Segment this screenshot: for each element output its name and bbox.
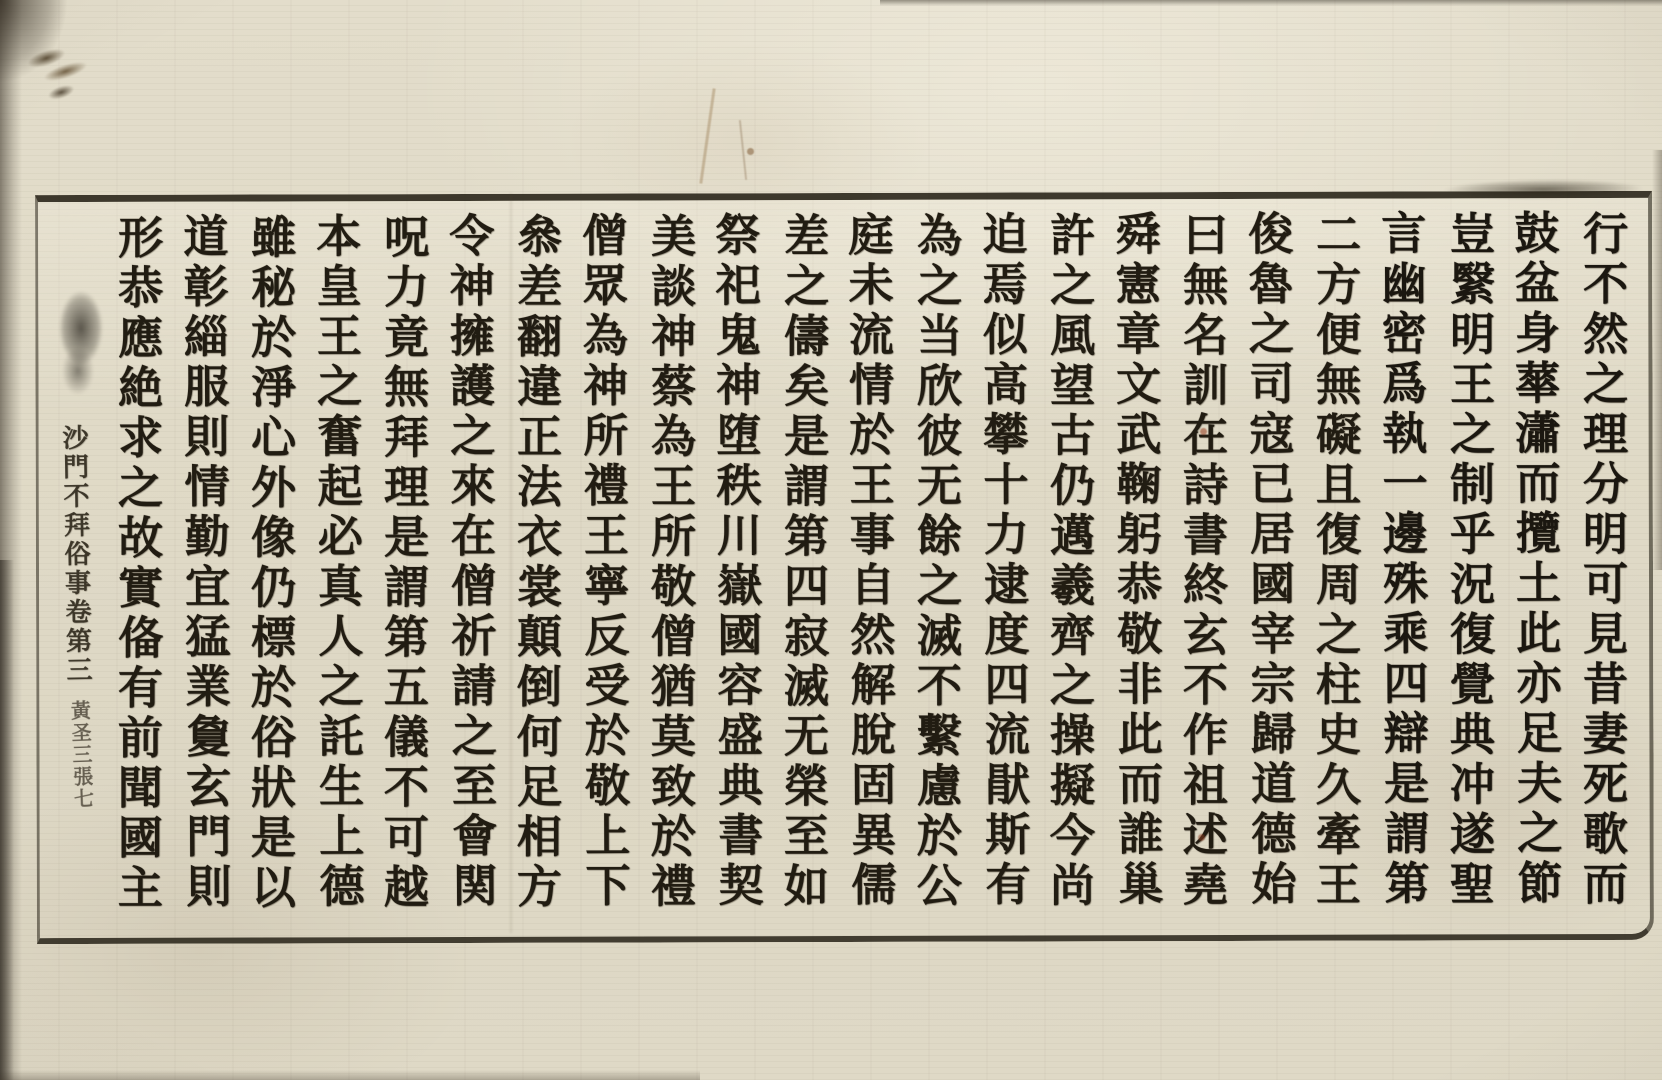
text-column-23: 形恭應絶求之故實俻有前聞國主: [113, 214, 158, 929]
text-columns: 行不然之理分明可見昔妻死歌而 鼓盆身蕐瀟而攬土此亦足夫之節 豈繄明王之制乎況復覺…: [38, 198, 1650, 938]
paper-fiber: [739, 120, 747, 180]
text-column-16: 僧眾為神所禮王寧反受於敬上下: [577, 212, 626, 927]
text-column-17: 叅差翻違正法衣裳顛倒何足相方: [512, 213, 557, 928]
text-column-12: 庭未流情於王事自然解脫固異儒: [844, 211, 893, 926]
text-column-7: 曰無名訓在詩書終玄不作祖述堯: [1178, 211, 1223, 926]
text-column-11: 為之当欣彼无餘之滅不繫慮於公: [912, 212, 957, 927]
text-column-2: 鼓盆身蕐瀟而攬土此亦足夫之節: [1509, 209, 1558, 924]
text-column-3: 豈繄明王之制乎況復覺典冲遂聖: [1444, 210, 1489, 925]
text-column-13: 差之儔矣是謂第四寂滅无榮至如: [779, 212, 824, 927]
text-column-6: 俊魯之司寇已居國宰宗歸道德始: [1243, 210, 1292, 925]
top-left-corner-stain: [0, 0, 110, 140]
rust-speck: [747, 148, 754, 155]
text-column-15: 美談神蔡為王所敬僧猶莫致於禮: [645, 212, 690, 927]
text-column-14: 祭祀鬼神堕秩川嶽國容盛典書契: [710, 211, 759, 926]
text-column-8: 舜憲章文武鞠躬恭敬非此而誰巢: [1110, 210, 1159, 925]
paper-fiber: [699, 88, 715, 183]
right-edge-shadow: [1652, 150, 1662, 570]
left-edge-dark-strip: [0, 560, 14, 1080]
left-edge-shadow: [0, 0, 22, 1080]
top-edge-shadow: [880, 0, 1662, 6]
colophon-title: 沙門不拜俗事卷第三: [60, 424, 91, 685]
sheet-number-mark: 黃圣三張七: [68, 700, 92, 811]
manuscript-page: 行不然之理分明可見昔妻死歌而 鼓盆身蕐瀟而攬土此亦足夫之節 豈繄明王之制乎況復覺…: [0, 0, 1662, 1080]
text-column-1: 行不然之理分明可見昔妻死歌而: [1578, 210, 1623, 925]
text-column-22: 道彰緇服則情勤宜猛業敻玄門則: [178, 213, 227, 928]
text-column-4: 言幽密爲執一邊殊乘四辯是謂第: [1376, 209, 1425, 924]
text-column-10: 迫焉似高攀十力逮度四流猒斯有: [977, 210, 1026, 925]
text-column-19: 呪力竟無拜理是謂第五儀不可越: [379, 213, 424, 928]
text-column-5: 二方便無礙且復周之柱史久牽王: [1311, 211, 1356, 926]
text-column-20: 本皇王之奮起必真人之託生上德: [311, 212, 360, 927]
twig-debris: [16, 23, 105, 115]
text-column-9: 許之風望古仍邁羲齊之操擬今尚: [1045, 211, 1090, 926]
printed-text-block: 行不然之理分明可見昔妻死歌而 鼓盆身蕐瀟而攬土此亦足夫之節 豈繄明王之制乎況復覺…: [35, 191, 1654, 944]
text-column-18: 令神擁護之來在僧祈請之至會関: [444, 212, 493, 927]
bottom-edge-shadow: [0, 1070, 700, 1080]
text-column-21: 雖秘於淨心外像仍標於俗狀是以: [246, 213, 291, 928]
